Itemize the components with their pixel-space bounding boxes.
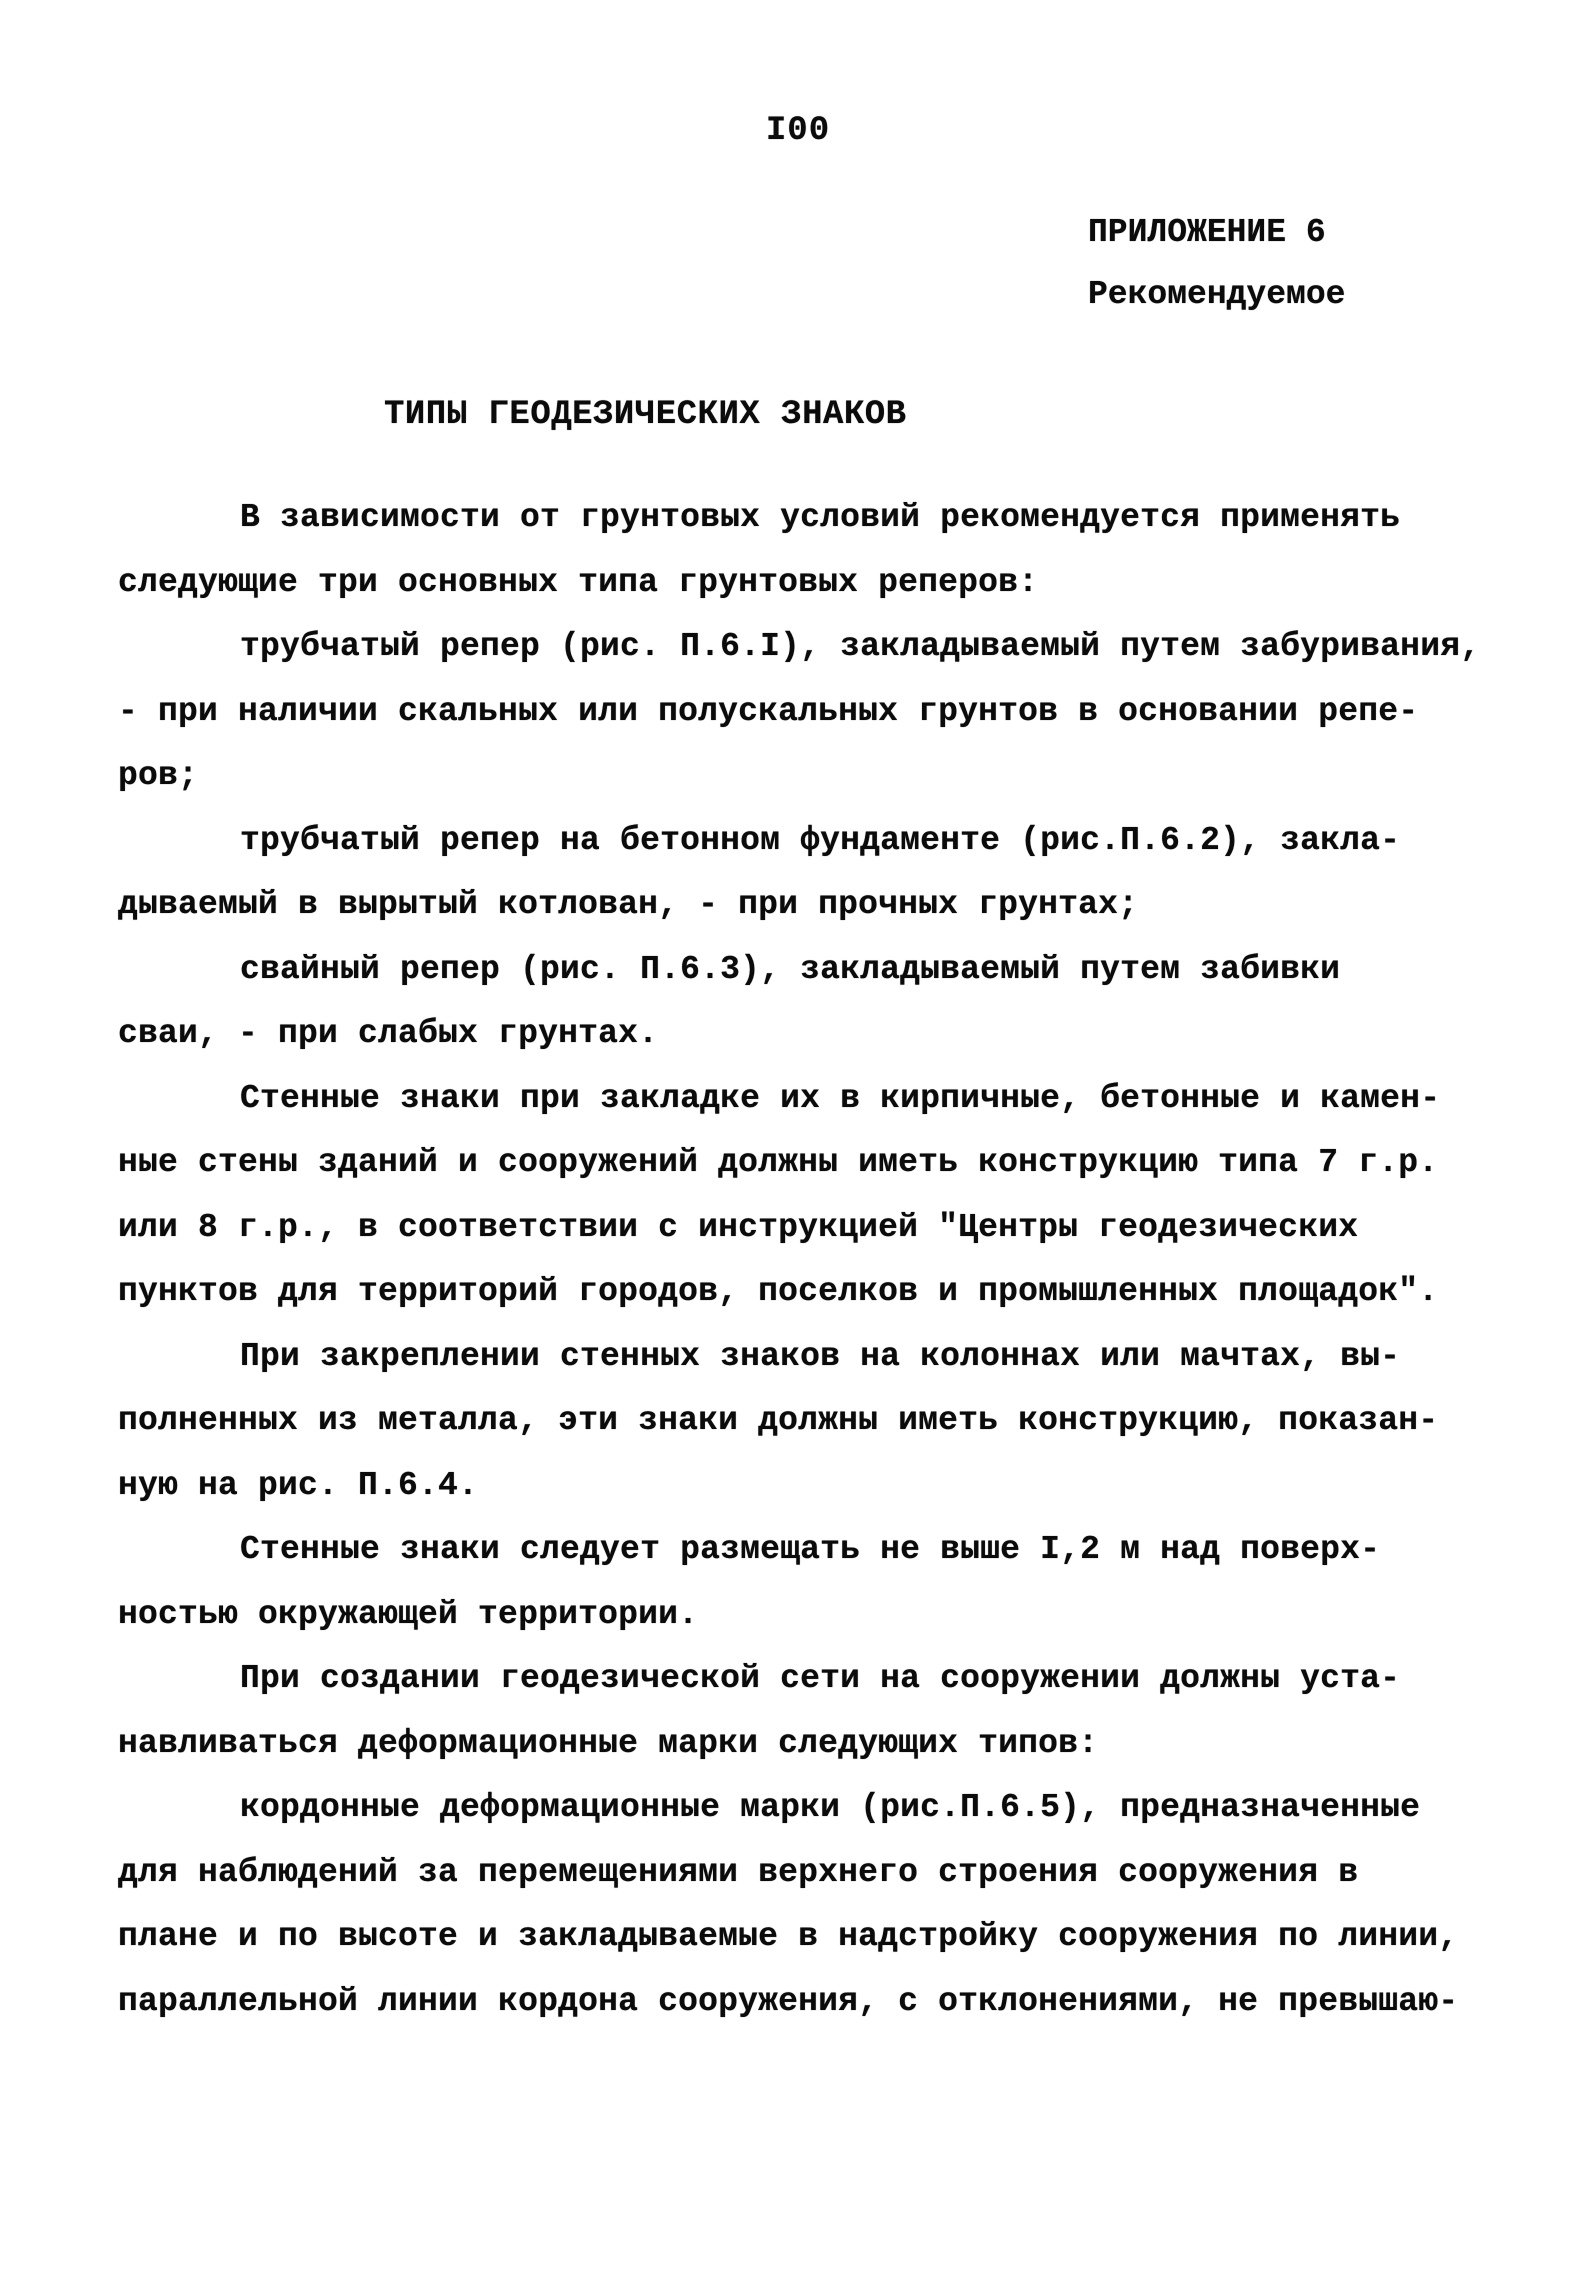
- text-line: При закреплении стенных знаков на колонн…: [0, 1325, 1596, 1390]
- text-line: полненных из металла, эти знаки должны и…: [0, 1389, 1596, 1454]
- document-title: ТИПЫ ГЕОДЕЗИЧЕСКИХ ЗНАКОВ: [384, 396, 907, 434]
- text-line: ную на рис. П.6.4.: [0, 1454, 1596, 1519]
- text-line: ров;: [0, 744, 1596, 809]
- text-line: ностью окружающей территории.: [0, 1583, 1596, 1648]
- text-line: ные стены зданий и сооружений должны име…: [0, 1131, 1596, 1196]
- text-line: параллельной линии кордона сооружения, с…: [0, 1970, 1596, 2035]
- text-line: сваи, - при слабых грунтах.: [0, 1002, 1596, 1067]
- body-text: В зависимости от грунтовых условий реком…: [0, 486, 1596, 2034]
- text-line: или 8 г.р., в соответствии с инструкцией…: [0, 1196, 1596, 1261]
- text-line: свайный репер (рис. П.6.3), закладываемы…: [0, 938, 1596, 1003]
- text-line: трубчатый репер на бетонном фундаменте (…: [0, 809, 1596, 874]
- text-line: следующие три основных типа грунтовых ре…: [0, 551, 1596, 616]
- appendix-label: ПРИЛОЖЕНИЕ 6: [1088, 202, 1345, 264]
- text-line: Стенные знаки следует размещать не выше …: [0, 1518, 1596, 1583]
- text-line: плане и по высоте и закладываемые в надс…: [0, 1905, 1596, 1970]
- text-line: - при наличии скальных или полускальных …: [0, 680, 1596, 745]
- appendix-status-label: Рекомендуемое: [1088, 264, 1345, 326]
- text-line: навливаться деформационные марки следующ…: [0, 1712, 1596, 1777]
- text-line: дываемый в вырытый котлован, - при прочн…: [0, 873, 1596, 938]
- page-number: I00: [0, 112, 1596, 150]
- text-line: кордонные деформационные марки (рис.П.6.…: [0, 1776, 1596, 1841]
- appendix-header: ПРИЛОЖЕНИЕ 6 Рекомендуемое: [1088, 202, 1345, 326]
- document-page: I00 ПРИЛОЖЕНИЕ 6 Рекомендуемое ТИПЫ ГЕОД…: [0, 0, 1596, 2280]
- text-line: пунктов для территорий городов, поселков…: [0, 1260, 1596, 1325]
- text-line: При создании геодезической сети на соору…: [0, 1647, 1596, 1712]
- text-line: Стенные знаки при закладке их в кирпичны…: [0, 1067, 1596, 1132]
- text-line: трубчатый репер (рис. П.6.I), закладывае…: [0, 615, 1596, 680]
- text-line: для наблюдений за перемещениями верхнего…: [0, 1841, 1596, 1906]
- text-line: В зависимости от грунтовых условий реком…: [0, 486, 1596, 551]
